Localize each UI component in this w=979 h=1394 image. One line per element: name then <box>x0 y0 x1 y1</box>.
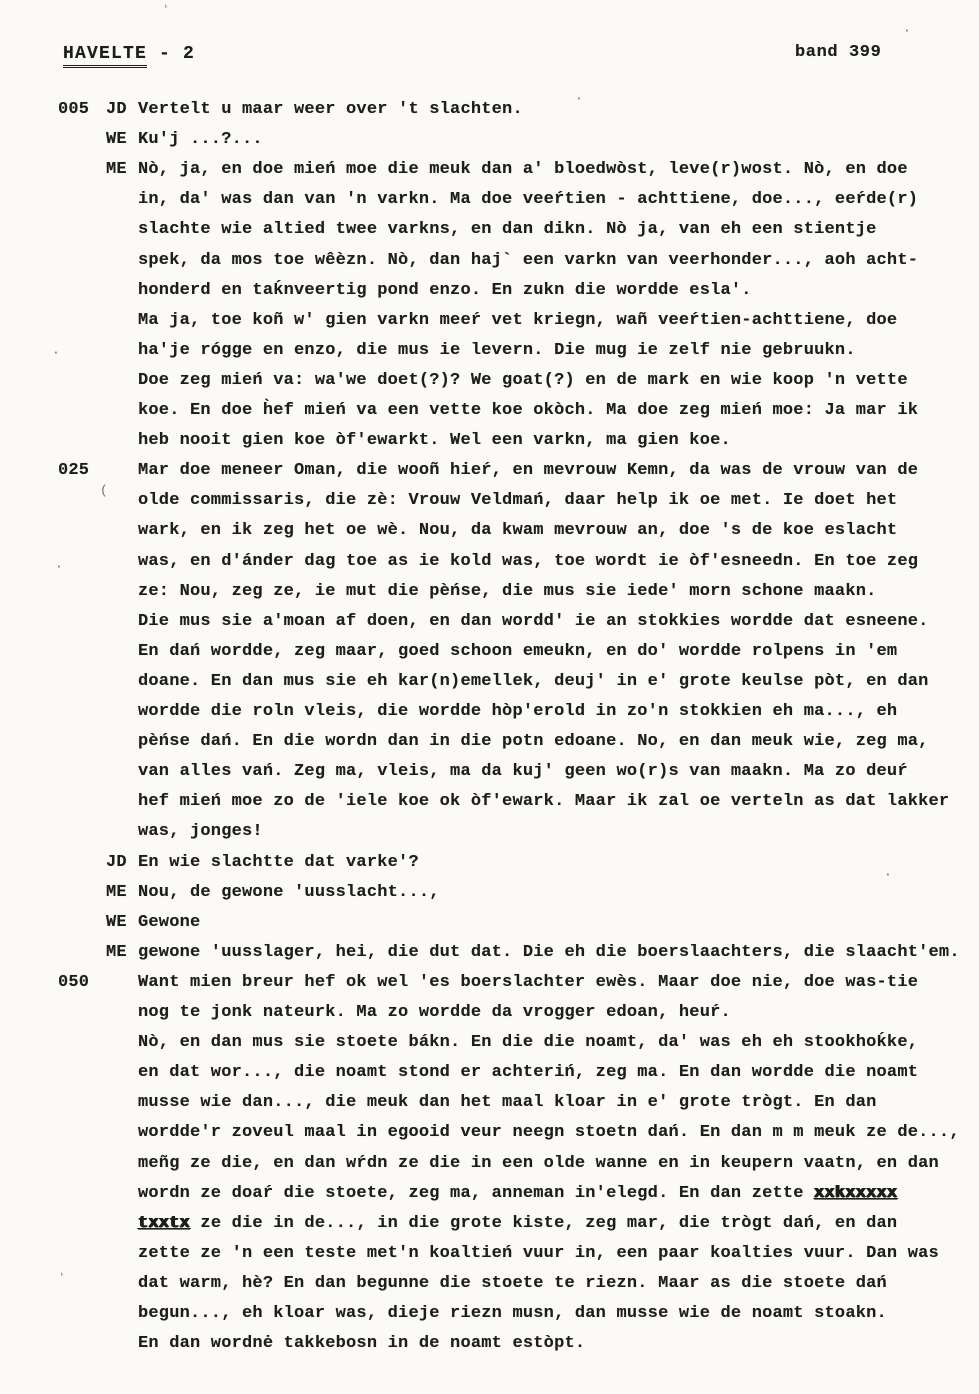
transcript-line: 025Mar doe meneer Oman, die wooñ hieŕ, e… <box>0 456 979 486</box>
transcript-line: was, jonges! <box>0 817 979 847</box>
line-text: Ma ja, toe koñ w' gien varkn meeŕ vet kr… <box>138 306 897 336</box>
scan-speck: ( <box>100 484 108 497</box>
transcript-line: koe. En doe h̀ef mień va een vette koe o… <box>0 396 979 426</box>
scan-speck: ʻ <box>162 4 170 17</box>
scan-speck: · <box>55 560 63 573</box>
document-page: HAVELTE - 2 band 399 005JDVertelt u maar… <box>0 0 979 1394</box>
transcript-line: ze: Nou, zeg ze, ie mut die pèńse, die m… <box>0 577 979 607</box>
line-text: van alles vań. Zeg ma, vleis, ma da kuj'… <box>138 757 908 787</box>
speaker-label: WE <box>106 908 127 938</box>
line-text: hef mień moe zo de 'iele koe ok òf'ewark… <box>138 787 949 817</box>
transcript-line: MEgewone 'uusslager, hei, die dut dat. D… <box>0 938 979 968</box>
transcript-line: zette ze 'n een teste met'n koaltień vuu… <box>0 1239 979 1269</box>
line-text: slachte wie altied twee varkns, en dan d… <box>138 215 877 245</box>
line-text: koe. En doe h̀ef mień va een vette koe o… <box>138 396 918 426</box>
transcript-line: pèńse dań. En die wordn dan in die potn … <box>0 727 979 757</box>
line-text: honderd en taḱnveertig pond enzo. En zuk… <box>138 276 752 306</box>
line-text: in, da' was dan van 'n varkn. Ma doe vee… <box>138 185 918 215</box>
transcript-line: slachte wie altied twee varkns, en dan d… <box>0 215 979 245</box>
transcript-line: begun..., eh kloar was, dieje riezn musn… <box>0 1299 979 1329</box>
speaker-label: ME <box>106 878 127 908</box>
line-text: was, en d'ánder dag toe as ie kold was, … <box>138 547 918 577</box>
line-text: zette ze 'n een teste met'n koaltień vuu… <box>138 1239 939 1269</box>
transcript-line: WEKu'j ...?... <box>0 125 979 155</box>
line-text: heb nooit gien koe òf'ewarkt. Wel een va… <box>138 426 731 456</box>
transcript-line: nog te jonk nateurk. Ma zo wordde da vro… <box>0 998 979 1028</box>
transcript-line: 050Want mien breur hef ok wel 'es boersl… <box>0 968 979 998</box>
line-text: Nou, de gewone 'uusslacht..., <box>138 878 440 908</box>
line-text: nog te jonk nateurk. Ma zo wordde da vro… <box>138 998 731 1028</box>
line-number: 025 <box>58 456 89 486</box>
struck-out-text: txxtx <box>138 1214 190 1233</box>
transcript-line: meñg ze die, en dan wŕdn ze die in een o… <box>0 1149 979 1179</box>
line-text: Die mus sie a'moan af doen, en dan wordd… <box>138 607 929 637</box>
scan-speck: · <box>52 346 60 359</box>
line-text: musse wie dan..., die meuk dan het maal … <box>138 1088 877 1118</box>
transcript-line: was, en d'ánder dag toe as ie kold was, … <box>0 547 979 577</box>
speaker-label: ME <box>106 155 127 185</box>
transcript-line: En dań wordde, zeg maar, goed schoon eme… <box>0 637 979 667</box>
transcript-line: Nò, en dan mus sie stoete bákn. En die d… <box>0 1028 979 1058</box>
transcript-line: wordde'r zoveul maal in egooid veur neeg… <box>0 1118 979 1148</box>
scan-speck: · <box>884 868 892 881</box>
line-text: txxtx ze die in de..., in die grote kist… <box>138 1209 897 1239</box>
transcript-line: en dat wor..., die noamt stond er achter… <box>0 1058 979 1088</box>
line-text: wordde'r zoveul maal in egooid veur neeg… <box>138 1118 960 1148</box>
line-text: Mar doe meneer Oman, die wooñ hieŕ, en m… <box>138 456 918 486</box>
line-text: pèńse dań. En die wordn dan in die potn … <box>138 727 929 757</box>
transcript-line: En dan wordnė takkebosn in de noamt estò… <box>0 1329 979 1359</box>
transcript-line: JDEn wie slachtte dat varke'? <box>0 848 979 878</box>
transcript-line: Die mus sie a'moan af doen, en dan wordd… <box>0 607 979 637</box>
line-text: spek, da mos toe wêèzn. Nò, dan haj` een… <box>138 246 918 276</box>
line-text: ze: Nou, zeg ze, ie mut die pèńse, die m… <box>138 577 877 607</box>
line-text: olde commissaris, die zè: Vrouw Veldmań,… <box>138 486 897 516</box>
line-text: Want mien breur hef ok wel 'es boerslach… <box>138 968 918 998</box>
line-text: Gewone <box>138 908 200 938</box>
line-text: Nò, ja, en doe mień moe die meuk dan a' … <box>138 155 908 185</box>
line-text: wordn ze doaŕ die stoete, zeg ma, annema… <box>138 1179 897 1209</box>
line-text: En wie slachtte dat varke'? <box>138 848 419 878</box>
line-text: ha'je rógge en enzo, die mus ie levern. … <box>138 336 856 366</box>
transcript-line: ha'je rógge en enzo, die mus ie levern. … <box>0 336 979 366</box>
line-text: Vertelt u maar weer over 't slachten. <box>138 95 523 125</box>
line-text: En dań wordde, zeg maar, goed schoon eme… <box>138 637 897 667</box>
line-text: Ku'j ...?... <box>138 125 263 155</box>
transcript-line: wordn ze doaŕ die stoete, zeg ma, annema… <box>0 1179 979 1209</box>
transcript-line: wark, en ik zeg het oe wè. Nou, da kwam … <box>0 516 979 546</box>
line-text: was, jonges! <box>138 817 263 847</box>
transcript-line: hef mień moe zo de 'iele koe ok òf'ewark… <box>0 787 979 817</box>
speaker-label: ME <box>106 938 127 968</box>
transcript-line: Ma ja, toe koñ w' gien varkn meeŕ vet kr… <box>0 306 979 336</box>
speaker-label: JD <box>106 848 127 878</box>
transcript-line: van alles vań. Zeg ma, vleis, ma da kuj'… <box>0 757 979 787</box>
line-text: Nò, en dan mus sie stoete bákn. En die d… <box>138 1028 918 1058</box>
speaker-label: JD <box>106 95 127 125</box>
transcript-line: dat warm, hè? En dan begunne die stoete … <box>0 1269 979 1299</box>
line-text: dat warm, hè? En dan begunne die stoete … <box>138 1269 887 1299</box>
transcript-line: 005JDVertelt u maar weer over 't slachte… <box>0 95 979 125</box>
line-text: meñg ze die, en dan wŕdn ze die in een o… <box>138 1149 939 1179</box>
transcript-line: spek, da mos toe wêèzn. Nò, dan haj` een… <box>0 246 979 276</box>
transcript-line: MENou, de gewone 'uusslacht..., <box>0 878 979 908</box>
transcript-line: WEGewone <box>0 908 979 938</box>
line-text: gewone 'uusslager, hei, die dut dat. Die… <box>138 938 960 968</box>
line-text: wordde die roln vleis, die wordde hòp'er… <box>138 697 897 727</box>
struck-out-text: xxkxxxxx <box>814 1184 897 1203</box>
transcript-line: MENò, ja, en doe mień moe die meuk dan a… <box>0 155 979 185</box>
line-number: 050 <box>58 968 89 998</box>
line-text: En dan wordnė takkebosn in de noamt estò… <box>138 1329 585 1359</box>
transcript-line: olde commissaris, die zè: Vrouw Veldmań,… <box>0 486 979 516</box>
transcript-line: heb nooit gien koe òf'ewarkt. Wel een va… <box>0 426 979 456</box>
transcript: 005JDVertelt u maar weer over 't slachte… <box>0 0 979 1394</box>
line-text: wark, en ik zeg het oe wè. Nou, da kwam … <box>138 516 897 546</box>
scan-speck: ʻ <box>58 1272 66 1285</box>
line-text: begun..., eh kloar was, dieje riezn musn… <box>138 1299 887 1329</box>
transcript-line: Doe zeg mień va: wa'we doet(?)? We goat(… <box>0 366 979 396</box>
transcript-line: in, da' was dan van 'n varkn. Ma doe vee… <box>0 185 979 215</box>
scan-speck: · <box>575 92 583 105</box>
line-number: 005 <box>58 95 89 125</box>
transcript-line: doane. En dan mus sie eh kar(n)emellek, … <box>0 667 979 697</box>
line-text: Doe zeg mień va: wa'we doet(?)? We goat(… <box>138 366 908 396</box>
line-text: doane. En dan mus sie eh kar(n)emellek, … <box>138 667 929 697</box>
scan-speck: · <box>903 24 911 37</box>
transcript-line: honderd en taḱnveertig pond enzo. En zuk… <box>0 276 979 306</box>
transcript-line: musse wie dan..., die meuk dan het maal … <box>0 1088 979 1118</box>
transcript-line: wordde die roln vleis, die wordde hòp'er… <box>0 697 979 727</box>
speaker-label: WE <box>106 125 127 155</box>
transcript-line: txxtx ze die in de..., in die grote kist… <box>0 1209 979 1239</box>
line-text: en dat wor..., die noamt stond er achter… <box>138 1058 918 1088</box>
